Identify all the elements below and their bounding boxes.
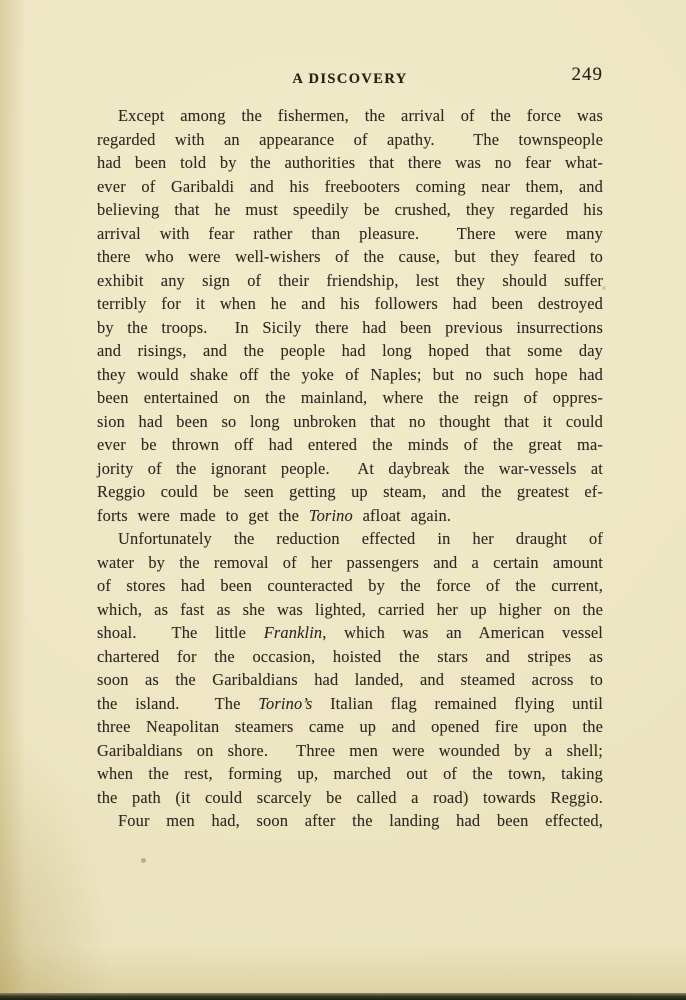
text-segment: Reggio could be seen getting up steam, a… (97, 482, 603, 501)
text-segment: Unfortunately the reduction effected in … (118, 529, 603, 548)
text-line: been entertained on the mainland, where … (97, 386, 603, 410)
page-number: 249 (572, 64, 604, 86)
text-line: shoal. The little Franklin, which was an… (97, 621, 603, 645)
text-line: ever of Garibaldi and his freebooters co… (97, 175, 603, 199)
text-segment: forts were made to get the (97, 506, 309, 525)
text-segment: Garibaldians on shore. Three men were wo… (97, 741, 603, 760)
text-line: regarded with an appearance of apathy. T… (97, 128, 603, 152)
text-line: they would shake off the yoke of Naples;… (97, 363, 603, 387)
text-segment: and risings, and the people had long hop… (97, 341, 603, 360)
text-line: three Neapolitan steamers came up and op… (97, 715, 603, 739)
text-line: which, as fast as she was lighted, carri… (97, 598, 603, 622)
text-line: when the rest, forming up, marched out o… (97, 762, 603, 786)
text-segment: regarded with an appearance of apathy. T… (97, 130, 603, 149)
scan-corner-shadow (0, 740, 110, 1000)
text-segment: by the troops. In Sicily there had been … (97, 318, 603, 337)
text-segment: sion had been so long unbroken that no t… (97, 412, 603, 431)
scan-left-edge-shadow (0, 0, 26, 1000)
text-segment: there who were well-wishers of the cause… (97, 247, 603, 266)
scan-bottom-band (0, 946, 686, 994)
text-segment: Four men had, soon after the landing had… (118, 811, 603, 830)
text-segment: Except among the fishermen, the arrival … (118, 106, 603, 125)
text-line: exhibit any sign of their friendship, le… (97, 269, 603, 293)
text-segment: soon as the Garibaldians had landed, and… (97, 670, 603, 689)
text-line: chartered for the occasion, hoisted the … (97, 645, 603, 669)
text-segment: been entertained on the mainland, where … (97, 388, 603, 407)
text-segment: arrival with fear rather than pleasure. … (97, 224, 603, 243)
text-segment: of stores had been counteracted by the f… (97, 576, 603, 595)
text-segment: , which was an American vessel (322, 623, 603, 642)
text-line: Unfortunately the reduction effected in … (97, 527, 603, 551)
text-line: the island. The Torino’s Italian flag re… (97, 692, 603, 716)
text-segment: three Neapolitan steamers came up and op… (97, 717, 603, 736)
text-line: Reggio could be seen getting up steam, a… (97, 480, 603, 504)
text-segment: they would shake off the yoke of Naples;… (97, 365, 603, 384)
text-line: there who were well-wishers of the cause… (97, 245, 603, 269)
page-header: A DISCOVERY 249 (97, 62, 603, 90)
text-line: jority of the ignorant people. At daybre… (97, 457, 603, 481)
text-line: believing that he must speedily be crush… (97, 198, 603, 222)
text-segment: believing that he must speedily be crush… (97, 200, 603, 219)
text-line: terribly for it when he and his follower… (97, 292, 603, 316)
ship-name: Franklin (264, 623, 323, 642)
paper-speck (141, 858, 146, 863)
text-segment: afloat again. (353, 506, 451, 525)
ship-name: Torino (309, 506, 353, 525)
text-segment: ever be thrown off had entered the minds… (97, 435, 603, 454)
text-segment: terribly for it when he and his follower… (97, 294, 603, 313)
text-segment: the island. The (97, 694, 258, 713)
text-line: arrival with fear rather than pleasure. … (97, 222, 603, 246)
text-segment: exhibit any sign of their friendship, le… (97, 271, 603, 290)
text-block: Except among the fishermen, the arrival … (97, 104, 603, 833)
text-segment: jority of the ignorant people. At daybre… (97, 459, 603, 478)
text-line: of stores had been counteracted by the f… (97, 574, 603, 598)
text-line: Except among the fishermen, the arrival … (97, 104, 603, 128)
text-segment: water by the removal of her passengers a… (97, 553, 603, 572)
text-line: by the troops. In Sicily there had been … (97, 316, 603, 340)
text-line: forts were made to get the Torino afloat… (97, 504, 603, 528)
text-segment: Italian flag remained flying until (312, 694, 603, 713)
text-line: soon as the Garibaldians had landed, and… (97, 668, 603, 692)
book-page: A DISCOVERY 249 Except among the fisherm… (0, 0, 686, 1000)
text-segment: ever of Garibaldi and his freebooters co… (97, 177, 603, 196)
text-line: the path (it could scarcely be called a … (97, 786, 603, 810)
text-line: ever be thrown off had entered the minds… (97, 433, 603, 457)
text-line: water by the removal of her passengers a… (97, 551, 603, 575)
running-head: A DISCOVERY (97, 71, 603, 87)
text-line: sion had been so long unbroken that no t… (97, 410, 603, 434)
text-segment: chartered for the occasion, hoisted the … (97, 647, 603, 666)
scan-bottom-edge (0, 993, 686, 1000)
ship-name: Torino’s (258, 694, 312, 713)
text-segment: which, as fast as she was lighted, carri… (97, 600, 603, 619)
text-segment: when the rest, forming up, marched out o… (97, 764, 603, 783)
text-line: had been told by the authorities that th… (97, 151, 603, 175)
text-line: and risings, and the people had long hop… (97, 339, 603, 363)
text-line: Garibaldians on shore. Three men were wo… (97, 739, 603, 763)
text-segment: the path (it could scarcely be called a … (97, 788, 603, 807)
text-segment: had been told by the authorities that th… (97, 153, 603, 172)
text-line: Four men had, soon after the landing had… (97, 809, 603, 833)
text-segment: shoal. The little (97, 623, 264, 642)
